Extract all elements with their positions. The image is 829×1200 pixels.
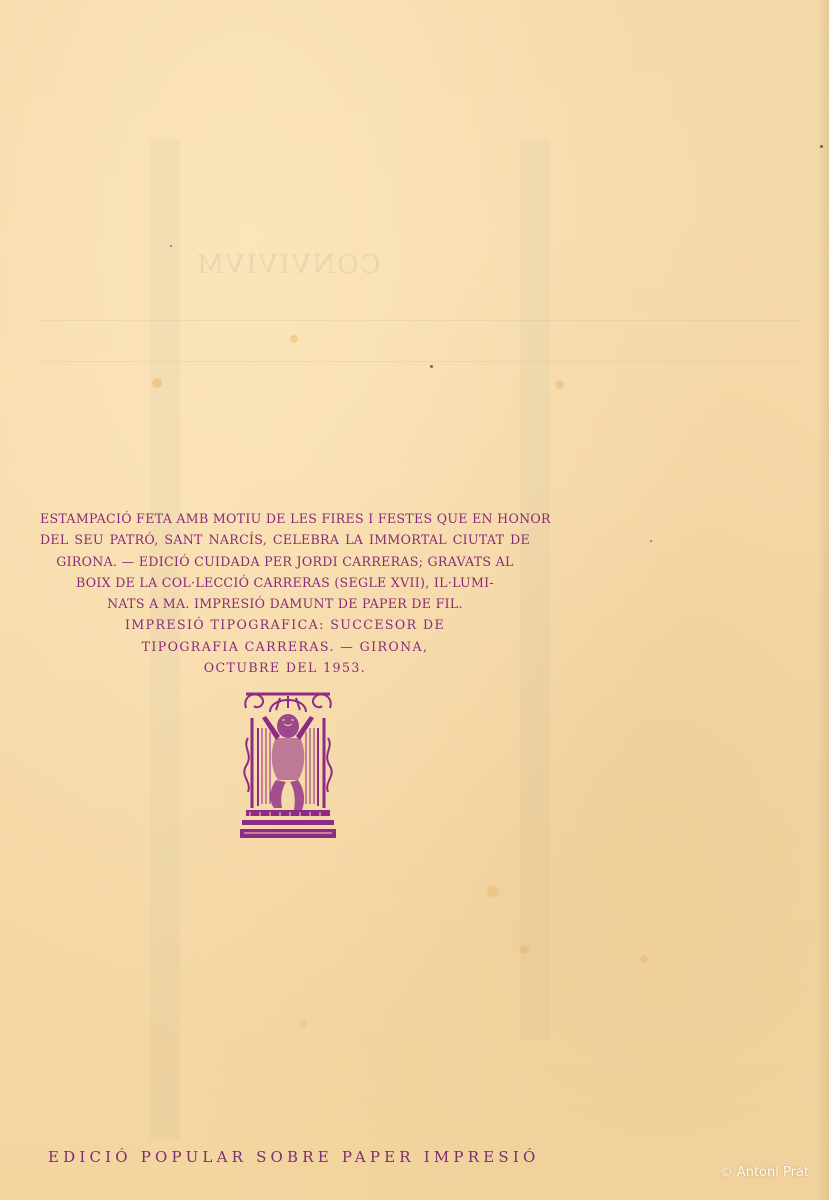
show-through-frame-right [520,140,670,1040]
foxing-spot [520,945,529,954]
foxing-spot [300,1020,307,1027]
show-through-title: CONVIVIVM [195,250,380,280]
colophon-line: BOIX DE LA COL·LECCIÓ CARRERAS (SEGLE XV… [40,572,530,593]
foxing-spot [152,378,162,388]
foxing-spot [487,885,499,897]
edition-line: EDICIÓ POPULAR SOBRE PAPER IMPRESIÓ [48,1148,530,1166]
foxing-spot [555,380,564,389]
show-through-banner [40,320,800,362]
colophon-line: DEL SEU PATRÓ, SANT NARCÍS, CELEBRA LA I… [40,529,530,550]
woodcut-cherub-printer-mark-icon [240,688,336,840]
foxing-spot [820,145,823,148]
foxing-spot [430,365,433,368]
photo-credit-watermark: © Antoni Prat [720,1165,809,1180]
foxing-spot [650,540,652,542]
colophon-line: GIRONA. — EDICIÓ CUIDADA PER JORDI CARRE… [40,551,530,572]
foxing-spot [640,955,648,963]
colophon-text: ESTAMPACIÓ FETA AMB MOTIU DE LES FIRES I… [40,508,530,678]
colophon-line: IMPRESIÓ TIPOGRAFICA: SUCCESOR DE [40,614,530,635]
foxing-spot [170,245,172,247]
colophon-line: TIPOGRAFIA CARRERAS. — GIRONA, [40,636,530,657]
colophon-date: OCTUBRE DEL 1953. [40,657,530,678]
colophon-line: ESTAMPACIÓ FETA AMB MOTIU DE LES FIRES I… [40,508,530,529]
foxing-spot [290,335,298,343]
colophon-line: NATS A MA. IMPRESIÓ DAMUNT DE PAPER DE F… [40,593,530,614]
